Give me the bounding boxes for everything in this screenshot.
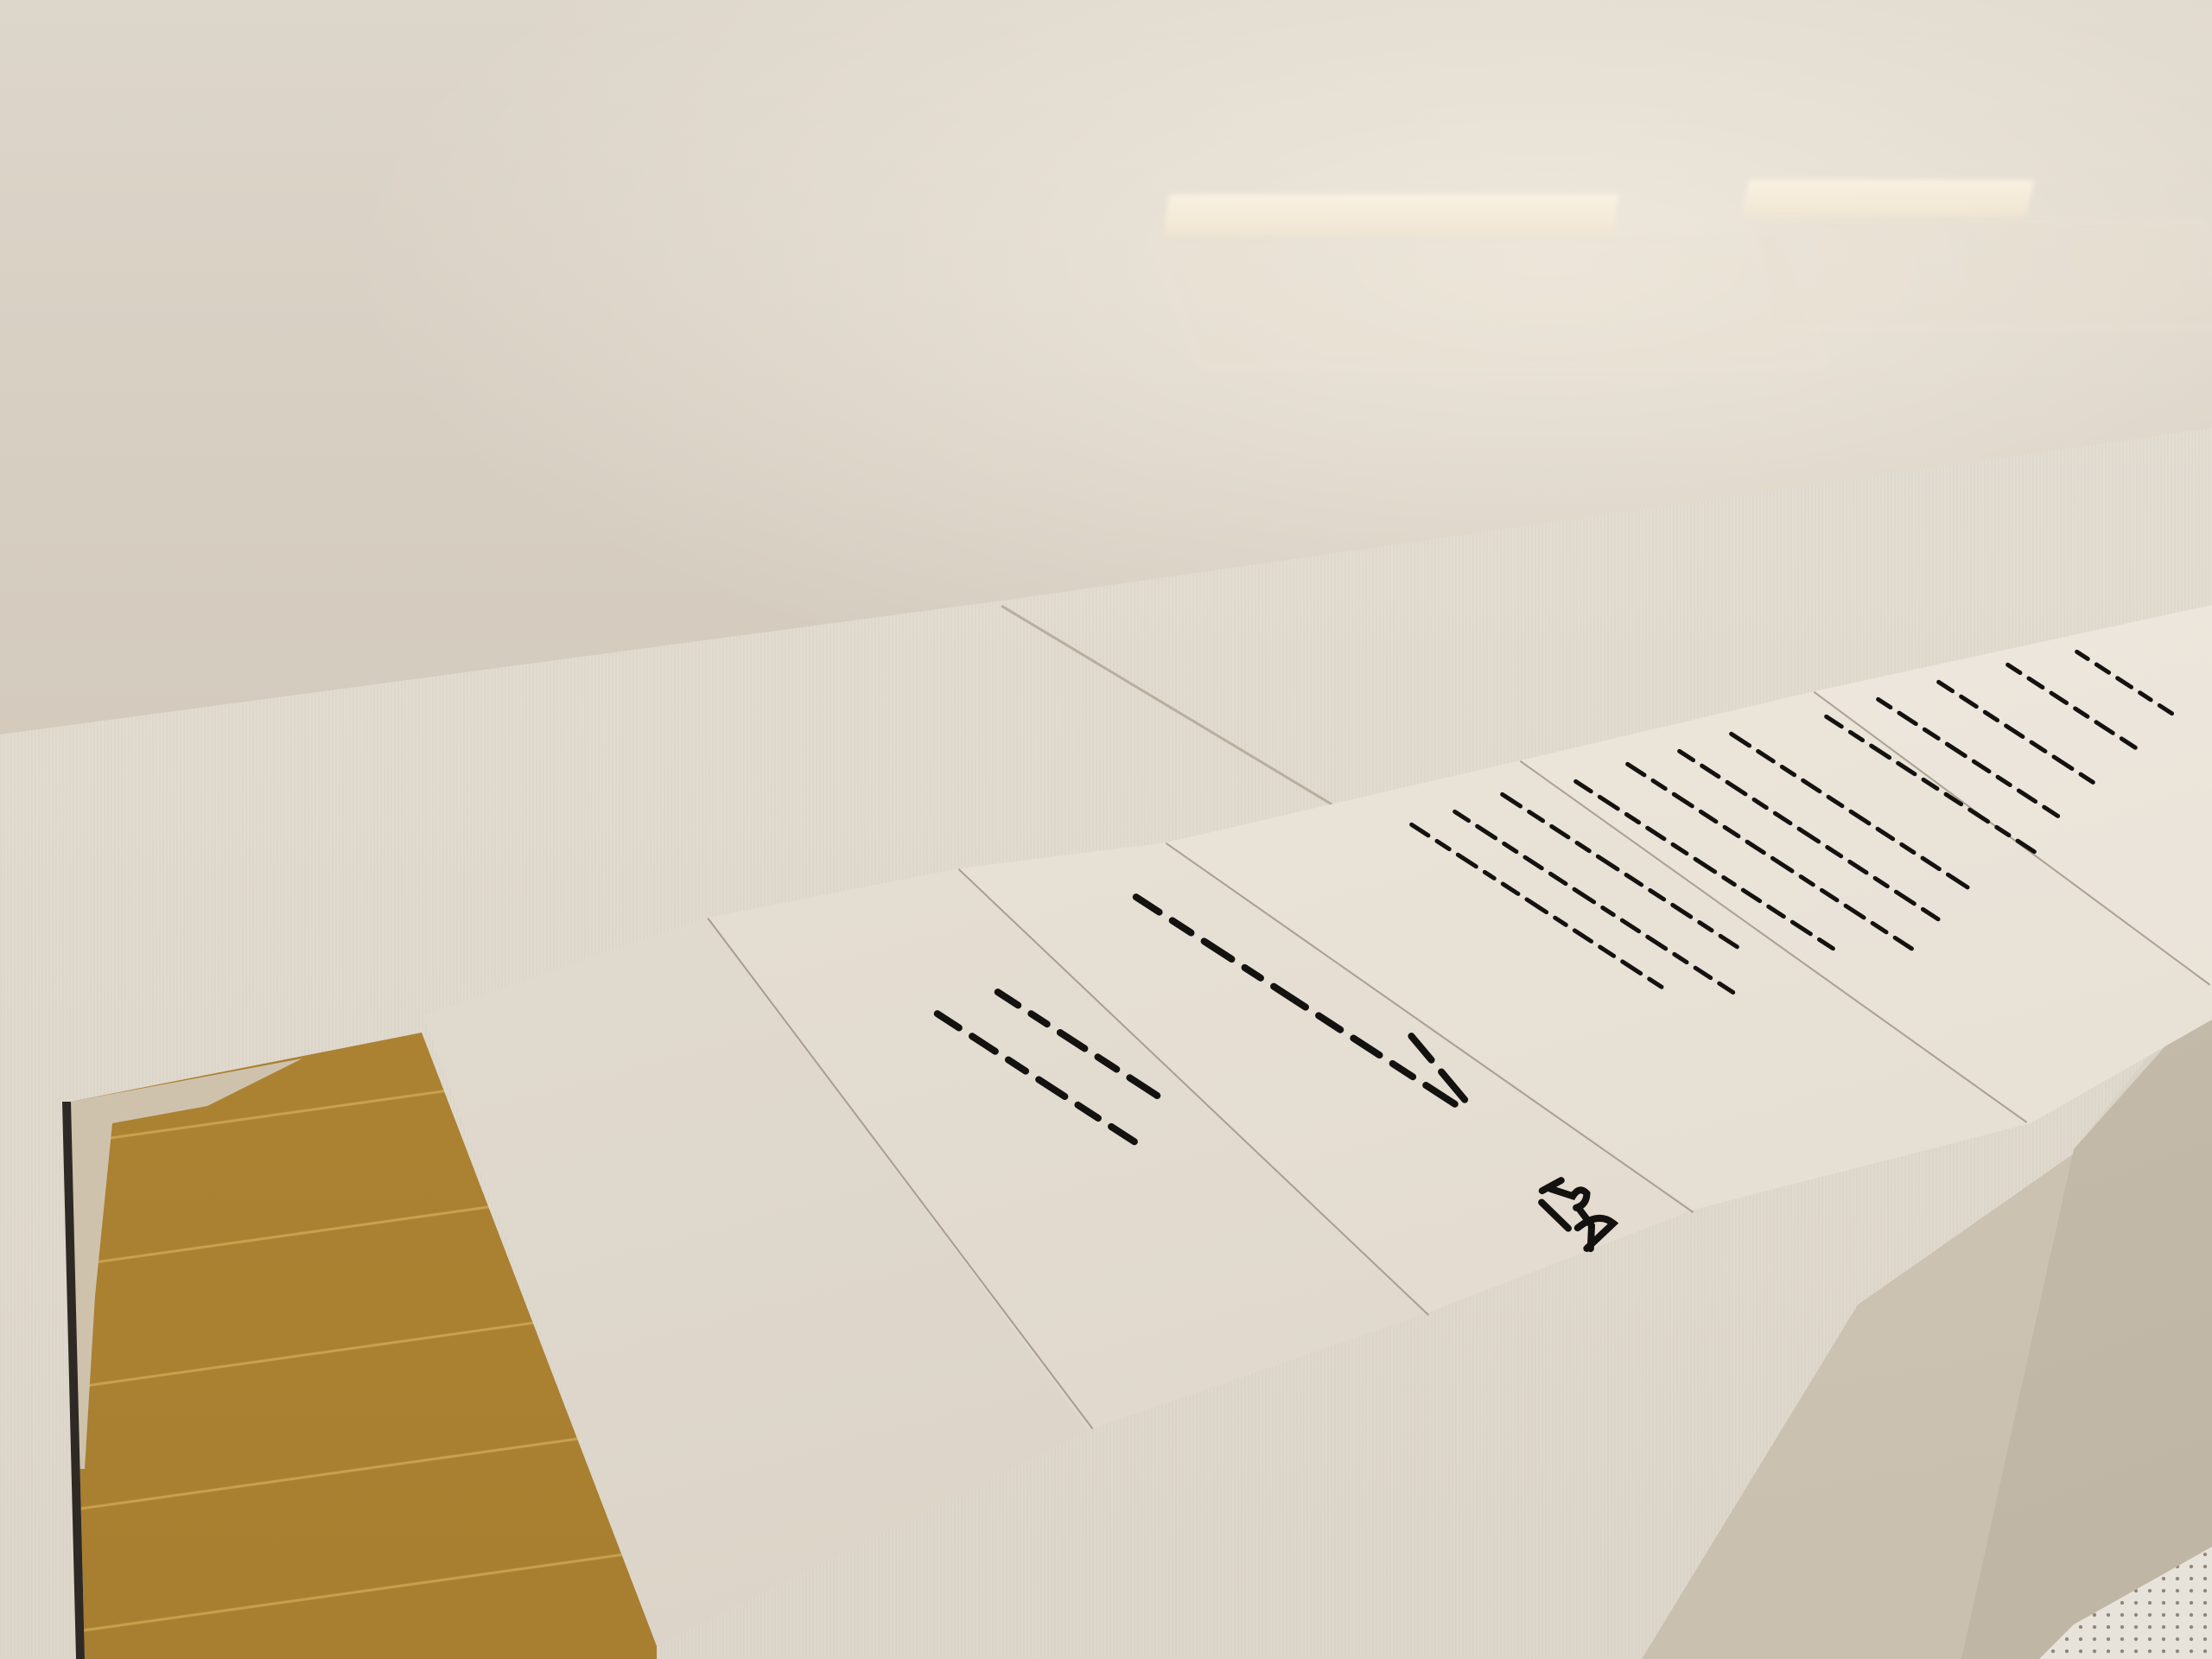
- ceiling-light-reflection: [1164, 194, 1619, 236]
- display-case-reflection: [1151, 233, 1827, 368]
- ceiling-light-reflection: [1742, 180, 2035, 216]
- display-case-reflection: [1751, 220, 2212, 329]
- museum-display-photo: Handwritten document in cursive script (…: [0, 0, 2212, 1659]
